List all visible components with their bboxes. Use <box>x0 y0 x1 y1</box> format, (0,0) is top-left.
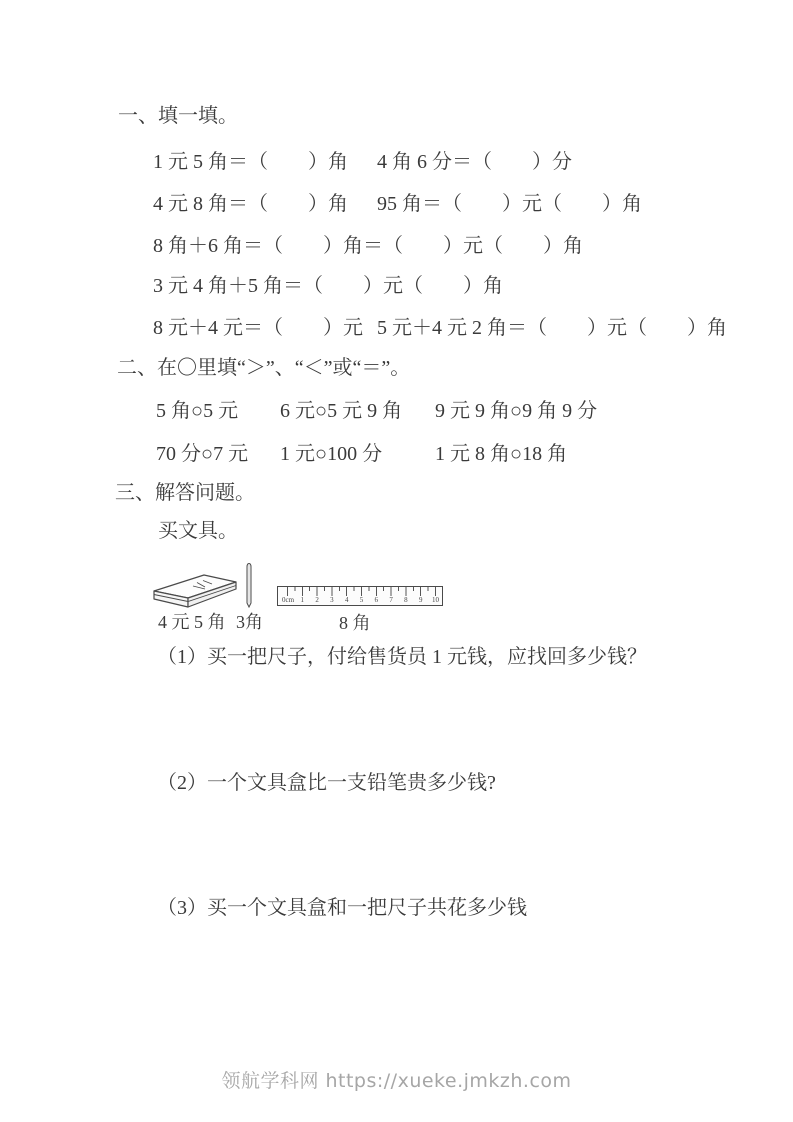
equation: 1 元 5 角＝（ ）角 <box>153 151 348 173</box>
fill-in-row: 8 元＋4 元＝（ ）元 5 元＋4 元 2 角＝（ ）元（ ）角 <box>0 317 793 339</box>
comparison: 6 元○5 元 9 角 <box>280 400 402 422</box>
comparison: 9 元 9 角○9 角 9 分 <box>435 400 597 422</box>
equation: 95 角＝（ ）元（ ）角 <box>377 193 642 215</box>
comparison: 1 元○100 分 <box>280 443 382 465</box>
fill-in-row: 4 元 8 角＝（ ）角 95 角＝（ ）元（ ）角 <box>0 193 793 215</box>
pencil-box-drawing <box>151 568 239 612</box>
equation: 4 元 8 角＝（ ）角 <box>153 193 348 215</box>
section3-intro: 买文具。 <box>158 520 238 542</box>
equation: 8 元＋4 元＝（ ）元 <box>153 317 363 339</box>
question-2: （2）一个文具盒比一支铅笔贵多少钱? <box>157 772 496 794</box>
question-3: （3）买一个文具盒和一把尺子共花多少钱 <box>157 897 527 919</box>
site-watermark: 领航学科网 https://xueke.jmkzh.com <box>0 1066 793 1093</box>
compare-row: 70 分○7 元 1 元○100 分 1 元 8 角○18 角 <box>0 443 793 465</box>
comparison: 70 分○7 元 <box>156 443 248 465</box>
ruler-drawing: 0cm12345678910 <box>277 586 443 606</box>
ruler-price: 8 角 <box>339 613 371 633</box>
equation: 4 角 6 分＝（ ）分 <box>377 151 572 173</box>
section2-title: 二、在〇里填“＞”、“＜”或“＝”。 <box>117 357 410 379</box>
comparison: 1 元 8 角○18 角 <box>435 443 567 465</box>
compare-row: 5 角○5 元 6 元○5 元 9 角 9 元 9 角○9 角 9 分 <box>0 400 793 422</box>
fill-in-row: 1 元 5 角＝（ ）角 4 角 6 分＝（ ）分 <box>0 151 793 173</box>
equation: 5 元＋4 元 2 角＝（ ）元（ ）角 <box>377 317 727 339</box>
pencil-price: 3角 <box>236 612 263 632</box>
worksheet-page: 一、填一填。 1 元 5 角＝（ ）角 4 角 6 分＝（ ）分 4 元 8 角… <box>0 0 793 1122</box>
section1-title: 一、填一填。 <box>118 105 238 127</box>
section3-title: 三、解答问题。 <box>115 482 255 504</box>
equation: 3 元 4 角＋5 角＝（ ）元（ ）角 <box>153 275 503 297</box>
fill-in-row: 3 元 4 角＋5 角＝（ ）元（ ）角 <box>0 275 793 297</box>
equation: 8 角＋6 角＝（ ）角＝（ ）元（ ）角 <box>153 235 583 257</box>
pencil-box-price: 4 元 5 角 <box>158 612 226 632</box>
pencil-drawing <box>244 561 254 611</box>
question-1: （1）买一把尺子，付给售货员 1 元钱，应找回多少钱？ <box>157 646 647 668</box>
fill-in-row: 8 角＋6 角＝（ ）角＝（ ）元（ ）角 <box>0 235 793 257</box>
comparison: 5 角○5 元 <box>156 400 238 422</box>
